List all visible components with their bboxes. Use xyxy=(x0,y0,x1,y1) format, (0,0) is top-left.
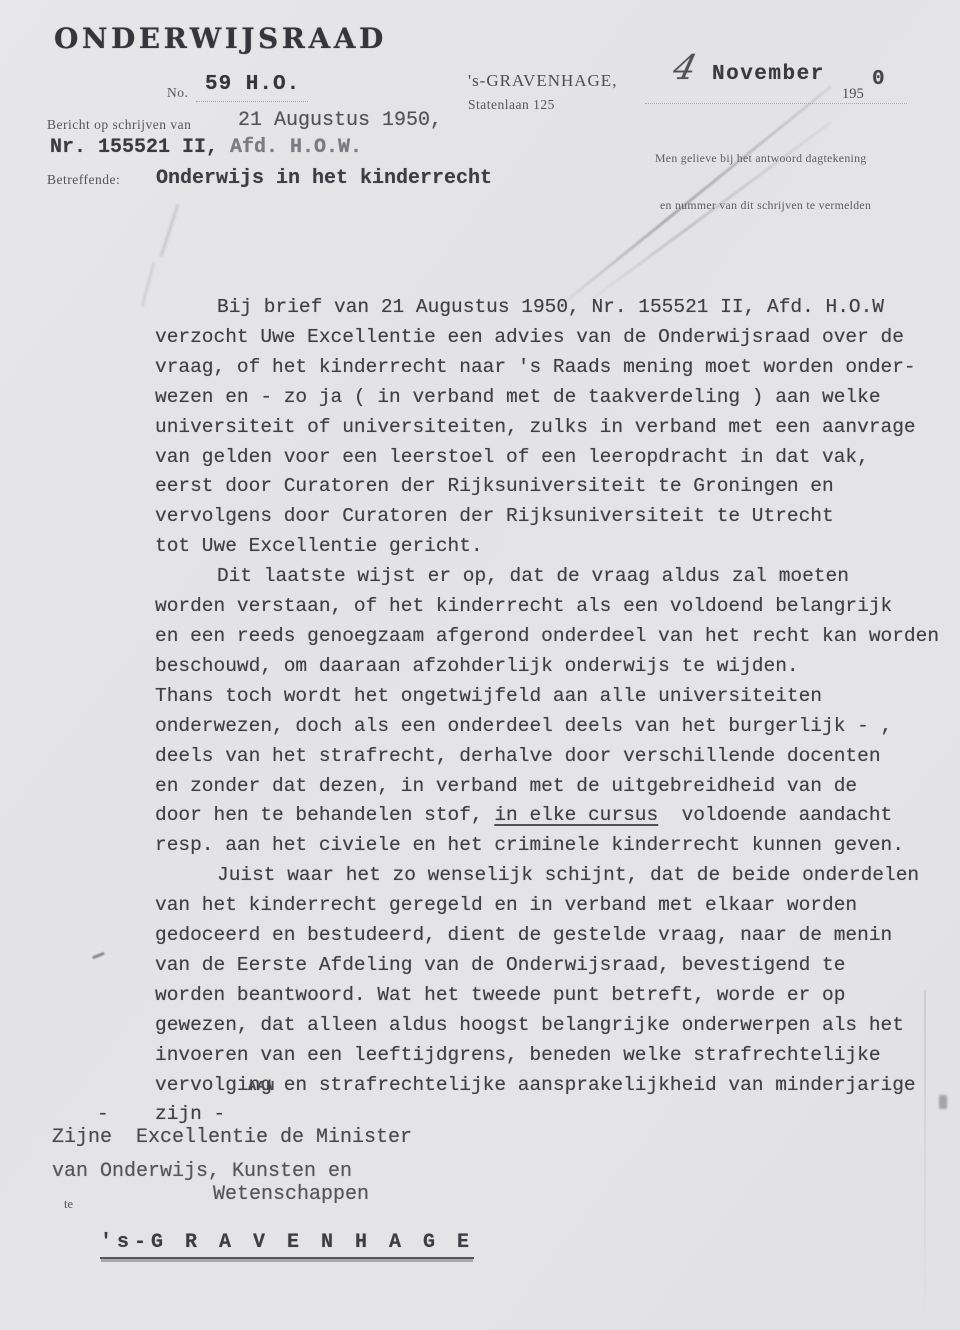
body-line: Bij brief van 21 Augustus 1950, Nr. 1555… xyxy=(155,293,955,323)
body-line: Dit laatste wijst er op, dat de vraag al… xyxy=(155,562,955,592)
scanned-letter-page: ONDERWIJSRAAD No. 59 H.O. Bericht op sch… xyxy=(0,0,960,1330)
city-print: 's-GRAVENHAGE, xyxy=(468,71,617,91)
body-line: van gelden voor een leerstoel of een lee… xyxy=(155,443,955,473)
dotted-rule xyxy=(196,101,308,102)
crease-mark xyxy=(141,263,155,307)
betreffende-value: Onderwijs in het kinderrecht xyxy=(156,167,492,190)
body-line: vervolgens door Curatoren der Rijksunive… xyxy=(155,502,955,532)
body-line: Thans toch wordt het ongetwijfeld aan al… xyxy=(155,682,955,712)
address-line-1: Zijne Excellentie de Minister xyxy=(52,1126,412,1149)
date-year-printed: 195 xyxy=(842,86,864,103)
crease-mark xyxy=(924,990,926,1330)
body-line: van het kinderrecht geregeld en in verba… xyxy=(155,891,955,921)
street-print: Statenlaan 125 xyxy=(468,97,555,113)
aan-label: AAN xyxy=(248,1080,275,1095)
body-line: van de Eerste Afdeling van de Onderwijsr… xyxy=(155,951,955,981)
nr-value-afd: Afd. H.O.W. xyxy=(230,136,362,159)
body-line: deels van het strafrecht, derhalve door … xyxy=(155,742,955,772)
body-line: gedoceerd en bestudeerd, dient de gestel… xyxy=(155,921,955,951)
body-line: onderwezen, doch als een onderdeel deels… xyxy=(155,712,955,742)
body-line: en zonder dat dezen, in verband met de u… xyxy=(155,772,955,802)
te-label: te xyxy=(64,1197,73,1212)
betreffende-label: Betreffende: xyxy=(47,172,120,188)
body-line: en een reeds genoegzaam afgerond onderde… xyxy=(155,622,955,652)
bericht-value: 21 Augustus 1950, xyxy=(238,109,442,132)
bericht-label: Bericht op schrijven van xyxy=(47,117,191,133)
body-line: verzocht Uwe Excellentie een advies van … xyxy=(155,323,955,353)
dotted-rule xyxy=(645,103,907,104)
body-line: worden beantwoord. Wat het tweede punt b… xyxy=(155,981,955,1011)
date-month: November xyxy=(712,63,825,86)
body-line: tot Uwe Excellentie gericht. xyxy=(155,532,955,562)
crease-mark xyxy=(160,204,180,257)
nr-value: Nr. 155521 II, xyxy=(50,136,230,159)
body-line: resp. aan het civiele en het criminele k… xyxy=(155,831,955,861)
body-line: universiteit of universiteiten, zulks in… xyxy=(155,413,955,443)
body-line: worden verstaan, of het kinderrecht als … xyxy=(155,592,955,622)
address-line-3: Wetenschappen xyxy=(213,1183,369,1206)
underlined-phrase: in elke cursus xyxy=(494,804,658,826)
body-text: Bij brief van 21 Augustus 1950, Nr. 1555… xyxy=(155,293,955,1130)
body-line: vraag, of het kinderrecht naar 's Raads … xyxy=(155,353,955,383)
body-line: invoeren van een leeftijdgrens, beneden … xyxy=(155,1041,955,1071)
org-title: ONDERWIJSRAAD xyxy=(54,22,387,55)
nr-line: Nr. 155521 II, Afd. H.O.W. xyxy=(50,136,362,159)
body-line: door hen te behandelen stof, in elke cur… xyxy=(155,801,955,831)
body-line: gewezen, dat alleen aldus hoogst belangr… xyxy=(155,1011,955,1041)
no-value: 59 H.O. xyxy=(205,73,300,96)
ink-smudge xyxy=(939,1095,947,1109)
body-line: Juist waar het zo wenselijk schijnt, dat… xyxy=(155,861,955,891)
margin-pencil-mark xyxy=(92,952,105,960)
no-label: No. xyxy=(167,85,188,101)
date-year-digit: 0 xyxy=(872,68,885,91)
address-line-2: van Onderwijs, Kunsten en xyxy=(52,1160,352,1183)
body-line: beschouwd, om daaraan afzohderlijk onder… xyxy=(155,652,955,682)
date-day-handwritten: 4 xyxy=(669,48,701,88)
body-line: wezen en - zo ja ( in verband met de taa… xyxy=(155,383,955,413)
reply-note-line1: Men gelieve bij het antwoord dagtekening xyxy=(655,151,871,167)
footer-city: 's-G R A V E N H A G E xyxy=(100,1231,474,1259)
body-line: eerst door Curatoren der Rijksuniversite… xyxy=(155,472,955,502)
